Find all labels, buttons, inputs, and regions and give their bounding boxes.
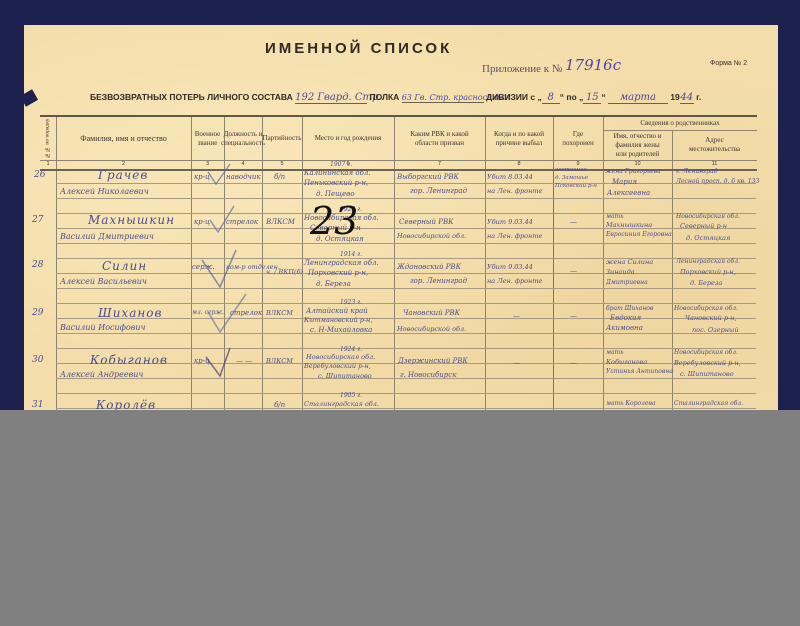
header-relative-name: Имя, отчество и фамилия жены или родител… <box>603 130 672 160</box>
division-word: ДИВИЗИИ с <box>486 92 535 102</box>
header-rvk: Каким РВК и какой области призван <box>394 117 485 160</box>
when-why: Убит 8.03.44 <box>487 173 533 181</box>
header-party: Партийность <box>262 117 302 160</box>
row-number: 26 <box>34 170 45 180</box>
birth-place: Ленинградская обл. <box>304 259 379 267</box>
birth-place: Алтайский край <box>306 307 368 315</box>
rvk: гор. Ленинград <box>410 187 467 195</box>
burial-place: — <box>570 218 577 226</box>
header-when-why: Когда и по какой причине выбыл <box>485 117 553 160</box>
party: ч. / ВКП(б) <box>266 268 303 276</box>
birth-place: д. Береза <box>316 280 351 288</box>
col-num: 11 <box>672 161 757 167</box>
birth-place: Пеньковский р-н, <box>304 179 368 187</box>
party: ВЛКСМ <box>266 357 293 365</box>
redaction-overlay <box>0 410 800 626</box>
birth-year: 1914 г. <box>340 251 362 258</box>
birth-year: 1905 г. <box>340 392 362 399</box>
header-rank: Военное звание <box>191 117 224 160</box>
when-why: — <box>513 359 520 367</box>
address: Ленинградская обл. <box>676 258 740 265</box>
row-number: 31 <box>32 400 43 410</box>
col-num: 1 <box>40 161 56 167</box>
rvk: Выборгский РВК <box>397 173 459 181</box>
rvk: Чановский РВК <box>403 309 460 317</box>
personnel-loss-table: №№ по порядку Фамилия, имя и отчество Во… <box>40 115 757 412</box>
relative-name: мать Королева <box>606 400 656 407</box>
relative-name: Кобыганова <box>606 358 647 366</box>
address: Новосибирская обл. <box>676 213 740 220</box>
address: Новосибирская обл. <box>674 305 738 312</box>
appendix-stamp-number: 17916с <box>565 56 621 74</box>
regiment-field: 192 Гвард. Стр. <box>295 92 367 104</box>
relative-name: Дмитриевна <box>606 279 648 286</box>
given-names: Василий Дмитриевич <box>60 232 154 241</box>
header-row-number: №№ по порядку <box>40 117 56 160</box>
rvk: Дзержинский РВК <box>398 357 468 365</box>
birth-year: 1923 г. <box>340 299 362 306</box>
address: с. Шипитаново <box>680 370 734 378</box>
year-word: г. <box>696 92 701 102</box>
division-field: 63 Гв. Стр. красносельск <box>402 93 484 103</box>
surname: Шиханов <box>98 306 162 320</box>
relative-name: Зинаида <box>606 268 635 276</box>
relative-name: Алексеевна <box>607 189 650 197</box>
document-title: ИМЕННОЙ СПИСОК <box>265 40 452 57</box>
birth-place: с. Шипитаново <box>318 372 372 380</box>
checkmark-icon <box>190 162 270 412</box>
party: ВЛКСМ <box>266 218 295 226</box>
burial-place: д. Замошье <box>555 175 588 181</box>
row-number: 30 <box>32 355 43 365</box>
given-names: Алексей Васильевич <box>60 277 147 286</box>
surname: Грачёв <box>98 168 148 182</box>
address: д. Береза <box>690 279 722 287</box>
surname: Кобыганов <box>90 353 168 367</box>
relative-name: Акимовна <box>606 324 643 332</box>
header-full-name: Фамилия, имя и отчество <box>56 117 191 160</box>
relative-name: Устинья Антиповна <box>606 368 673 375</box>
regiment-word: ПОЛКА <box>370 92 400 102</box>
burial-place: — <box>570 267 577 275</box>
header-birth: Место и год рождения <box>302 117 394 160</box>
header-position: Должность и специальность <box>224 117 262 160</box>
address: Новосибирская обл. <box>674 349 738 356</box>
party: ВЛКСМ <box>266 309 293 317</box>
relative-name: Евросиния Егоровна <box>606 231 672 238</box>
birth-place: Кытмановский р-н, <box>304 316 372 324</box>
header-buried: Где похоронен <box>553 117 603 160</box>
birth-place: Веребуловский р-н, <box>304 362 371 370</box>
relative-name: мать <box>606 213 624 220</box>
surname: Силин <box>102 259 147 273</box>
burial-place: Псковский р-н <box>555 183 597 189</box>
burial-place: — <box>570 359 577 367</box>
address: Северный р-н <box>680 222 727 230</box>
col-num: 8 <box>485 161 553 167</box>
header-address: Адрес местожительства <box>672 130 757 160</box>
row-number: 27 <box>32 215 43 225</box>
birth-place: Калининская обл. <box>304 169 371 177</box>
when-why: Убит 9.03.44 <box>487 263 533 271</box>
burial-place: — <box>570 312 577 320</box>
birth-year: 1907 г. <box>330 161 352 168</box>
relative-name: Мария <box>612 178 637 186</box>
address: Веребуловский р-н, <box>674 359 741 367</box>
given-names: Василий Иосифович <box>60 323 146 332</box>
address: Лесной просп. д. 6 кв. 133 <box>676 178 759 185</box>
rvk: Северный РВК <box>399 218 454 226</box>
relative-name: Евдокия <box>610 314 641 322</box>
birth-place: д. Пещево <box>316 190 355 198</box>
subtitle-prefix: БЕЗВОЗВРАТНЫХ ПОТЕРЬ ЛИЧНОГО СОСТАВА <box>90 92 293 102</box>
rvk: Ждановский РВК <box>397 263 461 271</box>
birth-place: Сталинградская обл. <box>304 400 379 408</box>
relative-name: жена Григорьева <box>605 168 661 175</box>
row-number: 28 <box>32 260 43 270</box>
address: Порховский р-н, <box>680 268 736 276</box>
from-day-field: 8 <box>542 92 560 104</box>
birth-place: Новосибирская обл. <box>306 353 375 361</box>
rvk: Новосибирской обл. <box>397 232 466 240</box>
burial-place: восточнее <box>555 167 587 173</box>
to-day-field: 15 <box>583 92 601 104</box>
address: д. Остяцкая <box>686 234 730 242</box>
document-subtitle: БЕЗВОЗВРАТНЫХ ПОТЕРЬ ЛИЧНОГО СОСТАВА 192… <box>90 92 700 104</box>
relative-name: брат Шиханов <box>606 305 653 312</box>
when-why: на Лен. фронте <box>487 232 542 240</box>
address: пос. Озерный <box>692 326 739 334</box>
relative-name: мать <box>606 349 624 356</box>
appendix-stamp-label: Приложение к № <box>482 63 562 75</box>
document-marker-number: 23 <box>310 199 358 243</box>
given-names: Алексей Андреевич <box>60 370 143 379</box>
party: б/п <box>274 173 285 181</box>
relative-name: Махнышкина <box>606 221 652 229</box>
header-relatives-group: Сведения о родственниках <box>603 117 757 130</box>
to-word: по <box>566 92 576 102</box>
relative-name: жена Силина <box>606 258 653 266</box>
when-why: Убит 9.03.44 <box>487 218 533 226</box>
birth-place: с. Н-Михайловка <box>310 326 372 334</box>
surname: Махнышкин <box>88 213 175 227</box>
birth-year: 1924 г. <box>340 346 362 353</box>
when-why: на Лен. фронте <box>487 277 542 285</box>
col-num: 7 <box>394 161 485 167</box>
col-num: 2 <box>56 161 191 167</box>
red-pencil-line <box>553 168 554 413</box>
address: г. Ленинград <box>676 168 717 175</box>
when-why: — <box>513 312 520 320</box>
party: б/п <box>274 401 285 409</box>
address: Сталинградская обл. <box>674 400 743 407</box>
address: Чановский р-н, <box>685 314 737 322</box>
form-number-label: Форма № 2 <box>710 60 747 67</box>
when-why: на Лен. фронте <box>487 187 542 195</box>
year-prefix: 19 <box>670 92 679 102</box>
rvk: г. Новосибирск <box>400 371 456 379</box>
year-field: 44 <box>680 92 694 104</box>
rvk: Новосибирской обл. <box>397 325 466 333</box>
rvk: гор. Ленинград <box>410 277 467 285</box>
col-num: 10 <box>603 161 672 167</box>
given-names: Алексей Николаевич <box>60 187 149 196</box>
month-field: марта <box>608 92 668 104</box>
row-number: 29 <box>32 308 43 318</box>
birth-place: Порховский р-н, <box>308 269 368 277</box>
